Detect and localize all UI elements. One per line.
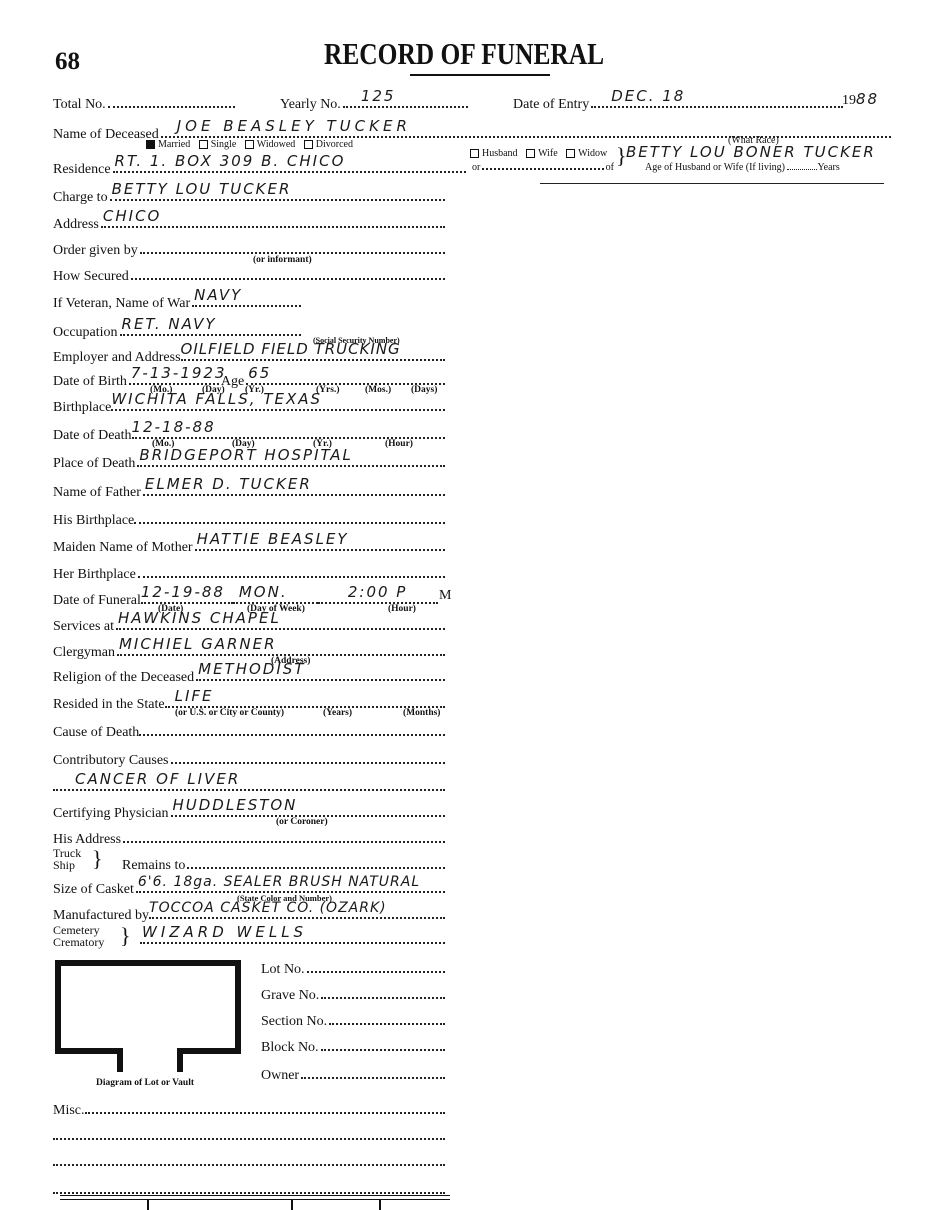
address-field[interactable]: Address CHICO — [53, 212, 445, 232]
cause-of-death-label: Cause of Death — [53, 725, 139, 741]
married-label: Married — [158, 139, 190, 150]
her-birthplace-field[interactable]: Her Birthplace — [53, 562, 445, 582]
checkbox-husband[interactable] — [470, 149, 479, 158]
funeral-date-value: 12-19-88 — [141, 583, 225, 601]
truck-ship-label: Truck Ship — [53, 847, 81, 871]
certifying-physician-field[interactable]: Certifying Physician HUDDLESTON — [53, 801, 445, 821]
contributory-causes-label: Contributory Causes — [53, 753, 169, 769]
total-no-label: Total No. — [53, 97, 106, 113]
funeral-hour-suffix: M — [439, 588, 451, 604]
bottom-tick — [291, 1199, 293, 1210]
veteran-war-label: If Veteran, Name of War — [53, 296, 190, 312]
veteran-war-value: NAVY — [194, 286, 242, 304]
widowed-label: Widowed — [257, 139, 295, 150]
cause-of-death-field[interactable]: Cause of Death — [53, 720, 445, 740]
ship-label: Ship — [53, 859, 81, 871]
misc-label: Misc. — [53, 1103, 85, 1119]
name-of-deceased-value: JOE BEASLEY TUCKER — [177, 117, 411, 135]
page-title: RECORD OF FUNERAL — [324, 36, 604, 72]
block-no-label: Block No. — [261, 1040, 319, 1056]
misc-line-3[interactable] — [53, 1150, 445, 1170]
employer-value: OILFIELD FIELD TRUCKING — [181, 340, 401, 358]
charge-to-label: Charge to — [53, 190, 108, 206]
veteran-war-field[interactable]: If Veteran, Name of War NAVY — [53, 291, 301, 311]
his-birthplace-field[interactable]: His Birthplace — [53, 508, 445, 528]
date-of-birth-value: 7-13-1923 — [131, 364, 227, 382]
residence-label: Residence — [53, 162, 111, 178]
religion-field[interactable]: Religion of the Deceased METHODIST — [53, 665, 445, 685]
charge-to-value: BETTY LOU TUCKER — [112, 180, 292, 198]
lot-no-field[interactable]: Lot No. — [261, 957, 445, 977]
date-of-entry-field[interactable]: Date of Entry DEC. 18 — [513, 92, 843, 112]
checkbox-widow[interactable] — [566, 149, 575, 158]
spouse-name-value[interactable]: BETTY LOU BONER TUCKER — [626, 143, 876, 1209]
birthplace-value: WICHITA FALLS, TEXAS — [111, 390, 322, 408]
section-no-label: Section No. — [261, 1014, 327, 1030]
clergyman-label: Clergyman — [53, 645, 115, 661]
services-at-value: HAWKINS CHAPEL — [118, 609, 281, 627]
contributory-causes-field[interactable]: Contributory Causes — [53, 748, 445, 768]
spouse-or-of-line: or of — [472, 162, 614, 173]
name-of-deceased-label: Name of Deceased — [53, 127, 159, 143]
birthplace-label: Birthplace — [53, 400, 111, 416]
checkbox-married[interactable] — [146, 140, 155, 149]
date-of-death-label: Date of Death — [53, 428, 132, 444]
father-name-field[interactable]: Name of Father ELMER D. TUCKER — [53, 480, 445, 500]
place-of-death-value: BRIDGEPORT HOSPITAL — [139, 446, 352, 464]
manufactured-by-value: TOCCOA CASKET CO. (OZARK) — [149, 900, 387, 916]
order-given-by-field[interactable]: Order given by — [53, 238, 445, 258]
residence-value: RT. 1. BOX 309 B. CHICO — [115, 152, 346, 170]
father-name-label: Name of Father — [53, 485, 141, 501]
employer-field[interactable]: Employer and Address OILFIELD FIELD TRUC… — [53, 345, 445, 365]
truck-ship-brace-icon: } — [92, 849, 103, 869]
misc-field[interactable]: Misc. — [53, 1098, 445, 1118]
diagram-caption: Diagram of Lot or Vault — [96, 1078, 194, 1088]
order-given-by-label: Order given by — [53, 243, 138, 259]
clergyman-field[interactable]: Clergyman MICHIEL GARNER — [53, 640, 445, 660]
wife-label: Wife — [538, 148, 558, 159]
funeral-caption-hour: (Hour) — [388, 604, 416, 614]
occupation-field[interactable]: Occupation RET. NAVY — [53, 320, 301, 340]
owner-label: Owner — [261, 1068, 299, 1084]
manufactured-by-label: Manufactured by — [53, 908, 149, 924]
brace-icon: } — [616, 146, 627, 166]
checkbox-widowed[interactable] — [245, 140, 254, 149]
funeral-day-value: MON. — [239, 583, 288, 601]
birthplace-field[interactable]: Birthplace WICHITA FALLS, TEXAS — [53, 395, 445, 415]
spouse-underline — [540, 183, 884, 184]
manufactured-by-field[interactable]: Manufactured by TOCCOA CASKET CO. (OZARK… — [53, 903, 445, 923]
mother-maiden-name-value: HATTIE BEASLEY — [197, 530, 349, 548]
size-of-casket-label: Size of Casket — [53, 882, 134, 898]
divorced-label: Divorced — [316, 139, 353, 150]
cemetery-value: WIZARD WELLS — [142, 923, 307, 941]
certifying-physician-value: HUDDLESTON — [173, 796, 298, 814]
yearly-no-value: 125 — [361, 87, 396, 105]
date-of-funeral-field[interactable]: Date of Funeral 12-19-88 MON. 2:00 P — [53, 588, 438, 608]
resided-in-state-value: LIFE — [175, 687, 214, 705]
his-birthplace-label: His Birthplace — [53, 513, 134, 529]
occupation-value: RET. NAVY — [122, 315, 217, 333]
age-value: 65 — [248, 364, 271, 382]
resided-caption-location: (or U.S. or City or County) — [175, 708, 284, 718]
contributory-causes-continuation[interactable]: CANCER OF LIVER — [53, 775, 445, 795]
certifying-physician-label: Certifying Physician — [53, 806, 169, 822]
coroner-caption: (or Coroner) — [276, 817, 328, 827]
mother-maiden-name-field[interactable]: Maiden Name of Mother HATTIE BEASLEY — [53, 535, 445, 555]
religion-value: METHODIST — [198, 660, 305, 678]
checkbox-wife[interactable] — [526, 149, 535, 158]
misc-line-2[interactable] — [53, 1124, 445, 1144]
lot-no-label: Lot No. — [261, 962, 305, 978]
or-label: or — [472, 162, 480, 173]
yearly-no-field[interactable]: Yearly No. 125 — [280, 92, 468, 112]
size-of-casket-value: 6'6. 18ga. SEALER BRUSH NATURAL — [138, 874, 420, 890]
single-label: Single — [211, 139, 237, 150]
spouse-age-value[interactable] — [787, 169, 817, 170]
year-value: 88 — [856, 90, 879, 108]
date-of-funeral-label: Date of Funeral — [53, 593, 141, 609]
date-of-entry-year[interactable]: 1988 — [842, 90, 879, 109]
her-birthplace-label: Her Birthplace — [53, 567, 136, 583]
section-no-field[interactable]: Section No. — [261, 1009, 445, 1029]
owner-field[interactable]: Owner — [261, 1063, 445, 1083]
cemetery-crematory-label: Cemetery Crematory — [53, 924, 104, 948]
mother-maiden-name-label: Maiden Name of Mother — [53, 540, 193, 556]
funeral-hour-value: 2:00 P — [348, 583, 408, 601]
yearly-no-label: Yearly No. — [280, 97, 341, 113]
cemetery-brace-icon: } — [120, 926, 131, 946]
resided-in-state-label: Resided in the State — [53, 697, 165, 713]
checkbox-divorced[interactable] — [304, 140, 313, 149]
caption-mos: (Mos.) — [365, 385, 391, 395]
years-label: Years — [817, 162, 839, 173]
date-of-death-value: 12-18-88 — [132, 418, 216, 436]
block-no-field[interactable]: Block No. — [261, 1035, 445, 1055]
religion-label: Religion of the Deceased — [53, 670, 194, 686]
bottom-tick — [147, 1199, 149, 1210]
occupation-label: Occupation — [53, 325, 118, 341]
father-name-value: ELMER D. TUCKER — [145, 475, 312, 493]
title-underline — [410, 74, 550, 76]
year-prefix: 19 — [842, 93, 856, 108]
lot-vault-diagram — [55, 960, 241, 1072]
his-address-field[interactable]: His Address — [53, 827, 445, 847]
place-of-death-label: Place of Death — [53, 456, 135, 472]
date-of-birth-label: Date of Birth — [53, 374, 127, 390]
total-no-field[interactable]: Total No. — [53, 92, 235, 112]
death-caption-hour: (Hour) — [385, 439, 413, 449]
contributory-causes-continuation-value: CANCER OF LIVER — [75, 770, 240, 788]
of-label: of — [606, 162, 614, 173]
services-at-field[interactable]: Services at HAWKINS CHAPEL — [53, 614, 445, 634]
charge-to-field[interactable]: Charge to BETTY LOU TUCKER — [53, 185, 445, 205]
address-label: Address — [53, 217, 99, 233]
date-of-entry-label: Date of Entry — [513, 97, 589, 113]
grave-no-field[interactable]: Grave No. — [261, 983, 445, 1003]
checkbox-single[interactable] — [199, 140, 208, 149]
how-secured-label: How Secured — [53, 269, 129, 285]
date-of-entry-value: DEC. 18 — [611, 87, 685, 105]
bottom-rule — [60, 1195, 450, 1200]
widow-label: Widow — [578, 148, 607, 159]
how-secured-field[interactable]: How Secured — [53, 264, 445, 284]
remains-to-field[interactable]: Remains to — [122, 853, 445, 873]
spouse-relation-group: Husband Wife Widow — [470, 148, 607, 159]
resided-caption-months: (Months) — [403, 708, 440, 718]
cemetery-field[interactable]: WIZARD WELLS — [140, 928, 445, 948]
bottom-tick — [379, 1199, 381, 1210]
address-value: CHICO — [103, 207, 161, 225]
residence-field[interactable]: Residence RT. 1. BOX 309 B. CHICO — [53, 157, 466, 177]
spouse-age-caption: Age of Husband or Wife (If living) Years — [645, 162, 840, 173]
page-number: 68 — [55, 48, 80, 76]
resided-caption-years: (Years) — [323, 708, 352, 718]
remains-to-label: Remains to — [122, 858, 185, 874]
place-of-death-field[interactable]: Place of Death BRIDGEPORT HOSPITAL — [53, 451, 445, 471]
spouse-age-label: Age of Husband or Wife (If living) — [645, 162, 785, 173]
grave-no-label: Grave No. — [261, 988, 319, 1004]
crematory-label: Crematory — [53, 936, 104, 948]
clergyman-value: MICHIEL GARNER — [119, 635, 277, 653]
services-at-label: Services at — [53, 619, 114, 635]
caption-days: (Days) — [411, 385, 437, 395]
husband-label: Husband — [482, 148, 518, 159]
marital-status-group: Married Single Widowed Divorced — [146, 139, 353, 150]
